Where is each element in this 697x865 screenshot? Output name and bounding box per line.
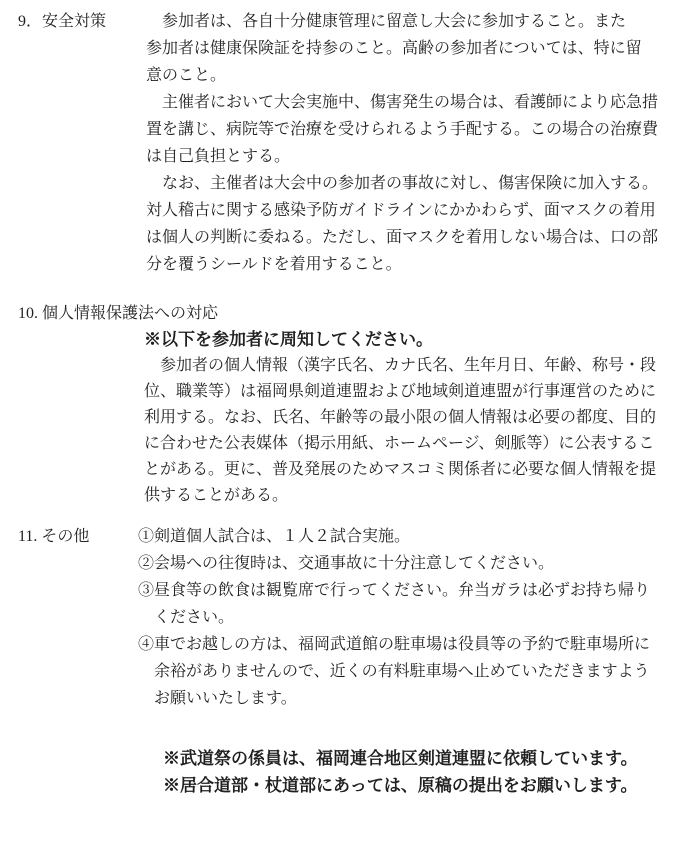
section-privacy: 10. 個人情報保護法への対応 ※以下を参加者に周知してください。 参加者の個人…	[18, 300, 687, 509]
text-line: 主催者において大会実施中、傷害発生の場合は、看護師により応急措	[146, 89, 658, 116]
text-line: とがある。更に、普及発展のためマスコミ関係者に必要な個人情報を提	[144, 457, 687, 483]
section-other-body: ①剣道個人試合は、１人２試合実施。 ②会場への往復時は、交通事故に十分注意してく…	[138, 523, 650, 712]
section-other-label: 11. その他	[18, 523, 138, 712]
section-safety: 9．安全対策 参加者は、各自十分健康管理に留意し大会に参加すること。また 参加者…	[18, 8, 687, 278]
text-line: ②会場への往復時は、交通事故に十分注意してください。	[138, 550, 650, 577]
footnotes: ※武道祭の係員は、福岡連合地区剣道連盟に依頼しています。 ※居合道部・杖道部にあ…	[163, 745, 687, 799]
text-line: ください。	[138, 604, 650, 631]
text-line: 利用する。なお、氏名、年齢等の最小限の個人情報は必要の都度、目的	[144, 405, 687, 431]
text-line: ③昼食等の飲食は観覧席で行ってください。弁当ガラは必ずお持ち帰り	[138, 577, 650, 604]
text-line: 参加者は、各自十分健康管理に留意し大会に参加すること。また	[146, 8, 658, 35]
text-line: 対人稽古に関する感染予防ガイドラインにかかわらず、面マスクの着用	[146, 197, 658, 224]
text-line: 位、職業等）は福岡県剣道連盟および地域剣道連盟が行事運営のために	[144, 379, 687, 405]
text-line: 意のこと。	[146, 62, 658, 89]
text-line: 分を覆うシールドを着用すること。	[146, 251, 658, 278]
section-other: 11. その他 ①剣道個人試合は、１人２試合実施。 ②会場への往復時は、交通事故…	[18, 523, 687, 712]
text-line: に合わせた公表媒体（掲示用紙、ホームページ、剣脈等）に公表するこ	[144, 431, 687, 457]
text-line: は自己負担とする。	[146, 143, 658, 170]
text-line: 余裕がありませんので、近くの有料駐車場へ止めていただきますよう	[138, 658, 650, 685]
section-privacy-heading: 10. 個人情報保護法への対応	[18, 300, 687, 327]
section-safety-body: 参加者は、各自十分健康管理に留意し大会に参加すること。また 参加者は健康保険証を…	[146, 8, 658, 278]
section-privacy-notice: ※以下を参加者に周知してください。	[144, 327, 687, 353]
section-privacy-body: 参加者の個人情報（漢字氏名、カナ氏名、生年月日、年齢、称号・段 位、職業等）は福…	[144, 353, 687, 509]
text-line: は個人の判断に委ねる。ただし、面マスクを着用しない場合は、口の部	[146, 224, 658, 251]
footnote-line: ※居合道部・杖道部にあっては、原稿の提出をお願いします。	[163, 772, 687, 799]
footnote-line: ※武道祭の係員は、福岡連合地区剣道連盟に依頼しています。	[163, 745, 687, 772]
text-line: ①剣道個人試合は、１人２試合実施。	[138, 523, 650, 550]
document-page: 9．安全対策 参加者は、各自十分健康管理に留意し大会に参加すること。また 参加者…	[0, 0, 697, 865]
text-line: お願いいたします。	[138, 685, 650, 712]
text-line: 供することがある。	[144, 483, 687, 509]
text-line: なお、主催者は大会中の参加者の事故に対し、傷害保険に加入する。	[146, 170, 658, 197]
text-line: 参加者の個人情報（漢字氏名、カナ氏名、生年月日、年齢、称号・段	[144, 353, 687, 379]
section-safety-label: 9．安全対策	[18, 8, 146, 278]
text-line: ④車でお越しの方は、福岡武道館の駐車場は役員等の予約で駐車場所に	[138, 631, 650, 658]
text-line: 置を講じ、病院等で治療を受けられるよう手配する。この場合の治療費	[146, 116, 658, 143]
text-line: 参加者は健康保険証を持参のこと。高齢の参加者については、特に留	[146, 35, 658, 62]
